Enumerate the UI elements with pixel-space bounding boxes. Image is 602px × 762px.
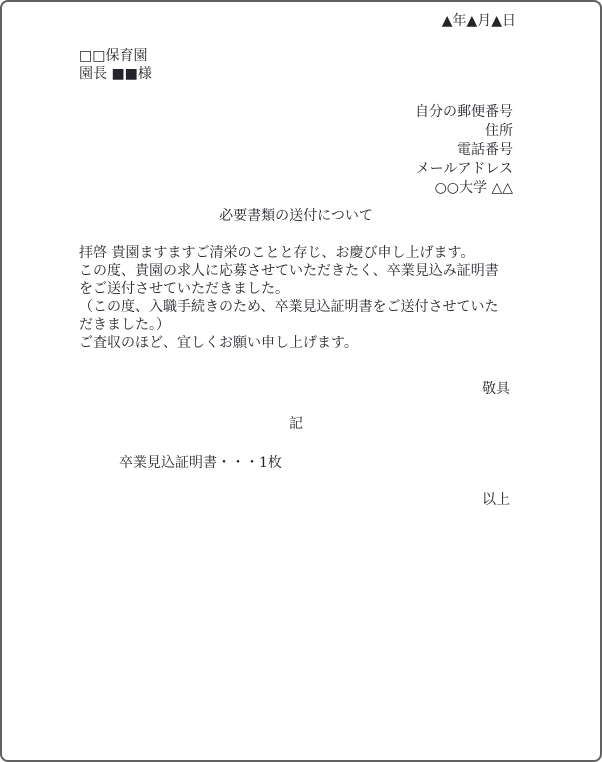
recipient-block: □□保育園 園長 ■■様 — [2, 47, 600, 83]
letter-date: ▲年▲月▲日 — [2, 12, 600, 30]
recipient-organization: □□保育園 — [79, 47, 600, 65]
letter-page: ▲年▲月▲日 □□保育園 園長 ■■様 自分の郵便番号 住所 電話番号 メールア… — [0, 0, 602, 762]
sender-email: メールアドレス — [2, 160, 513, 179]
closing-keigu: 敬具 — [2, 380, 600, 398]
end-marker-ijou: 以上 — [2, 491, 600, 509]
sender-university-name: ○○大学 △△ — [2, 179, 513, 198]
body-paragraph-1: この度、貴園の求人に応募させていただきたく、卒業見込み証明書をご送付させていただ… — [79, 262, 512, 298]
recipient-person: 園長 ■■様 — [79, 65, 600, 83]
sender-postal-code: 自分の郵便番号 — [2, 103, 513, 122]
body-paragraph-2: （この度、入職手続きのため、卒業見込証明書をご送付させていただきました。） — [79, 298, 512, 334]
body-greeting: 拝啓 貴園ますますご清栄のことと存じ、お慶び申し上げます。 — [79, 244, 512, 262]
sender-address: 住所 — [2, 122, 513, 141]
body-paragraph-3: ご査収のほど、宜しくお願い申し上げます。 — [79, 334, 512, 352]
sender-block: 自分の郵便番号 住所 電話番号 メールアドレス ○○大学 △△ — [2, 103, 600, 198]
letter-body: 拝啓 貴園ますますご清栄のことと存じ、お慶び申し上げます。 この度、貴園の求人に… — [2, 244, 600, 352]
sender-phone: 電話番号 — [2, 141, 513, 160]
letter-title: 必要書類の送付について — [79, 207, 513, 225]
enclosure-item: 卒業見込証明書・・・1枚 — [2, 454, 600, 472]
note-header-ki: 記 — [79, 415, 513, 433]
